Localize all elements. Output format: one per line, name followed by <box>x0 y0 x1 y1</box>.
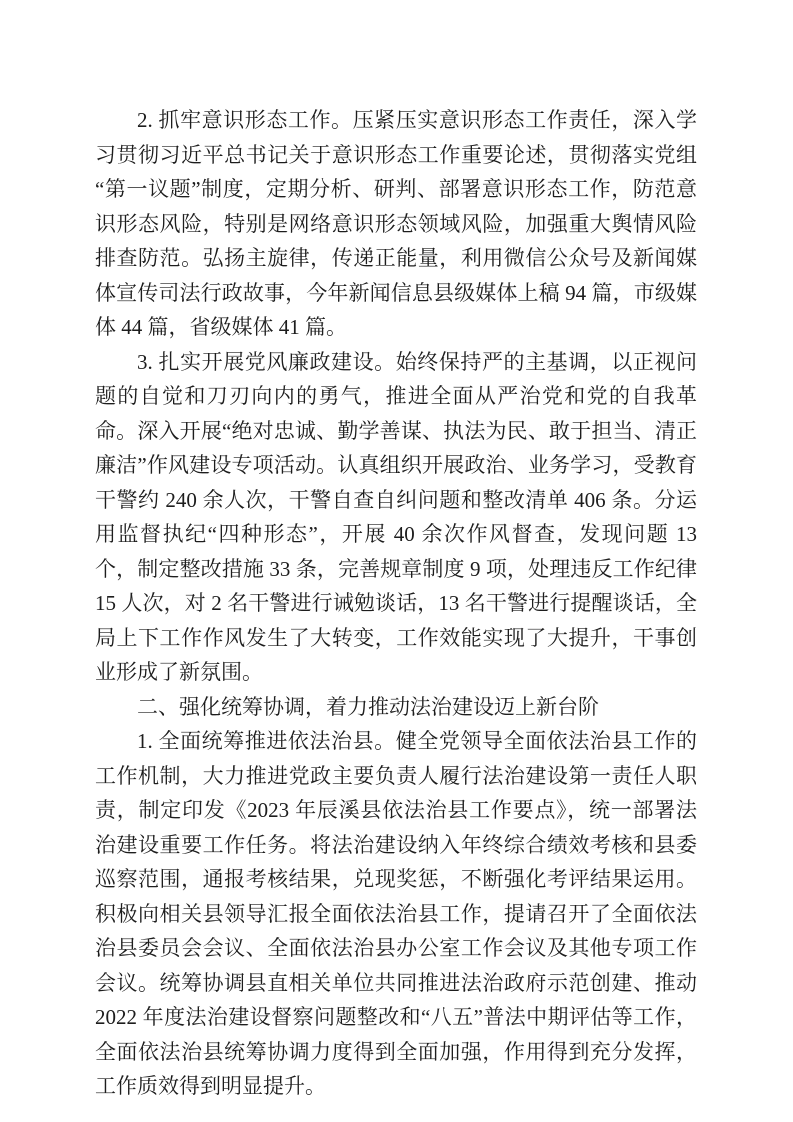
document-page: 2. 抓牢意识形态工作。压紧压实意识形态工作责任，深入学习贯彻习近平总书记关于意… <box>0 0 793 1122</box>
paragraph-party-conduct-building: 3. 扎实开展党风廉政建设。始终保持严的主基调，以正视问题的自觉和刀刃向内的勇气… <box>95 345 697 690</box>
section-heading-coordination: 二、强化统筹协调，着力推动法治建设迈上新台阶 <box>95 690 697 725</box>
paragraph-ideology-work: 2. 抓牢意识形态工作。压紧压实意识形态工作责任，深入学习贯彻习近平总书记关于意… <box>95 103 697 345</box>
paragraph-law-based-county-governance: 1. 全面统筹推进依法治县。健全党领导全面依法治县工作的工作机制，大力推进党政主… <box>95 724 697 1104</box>
